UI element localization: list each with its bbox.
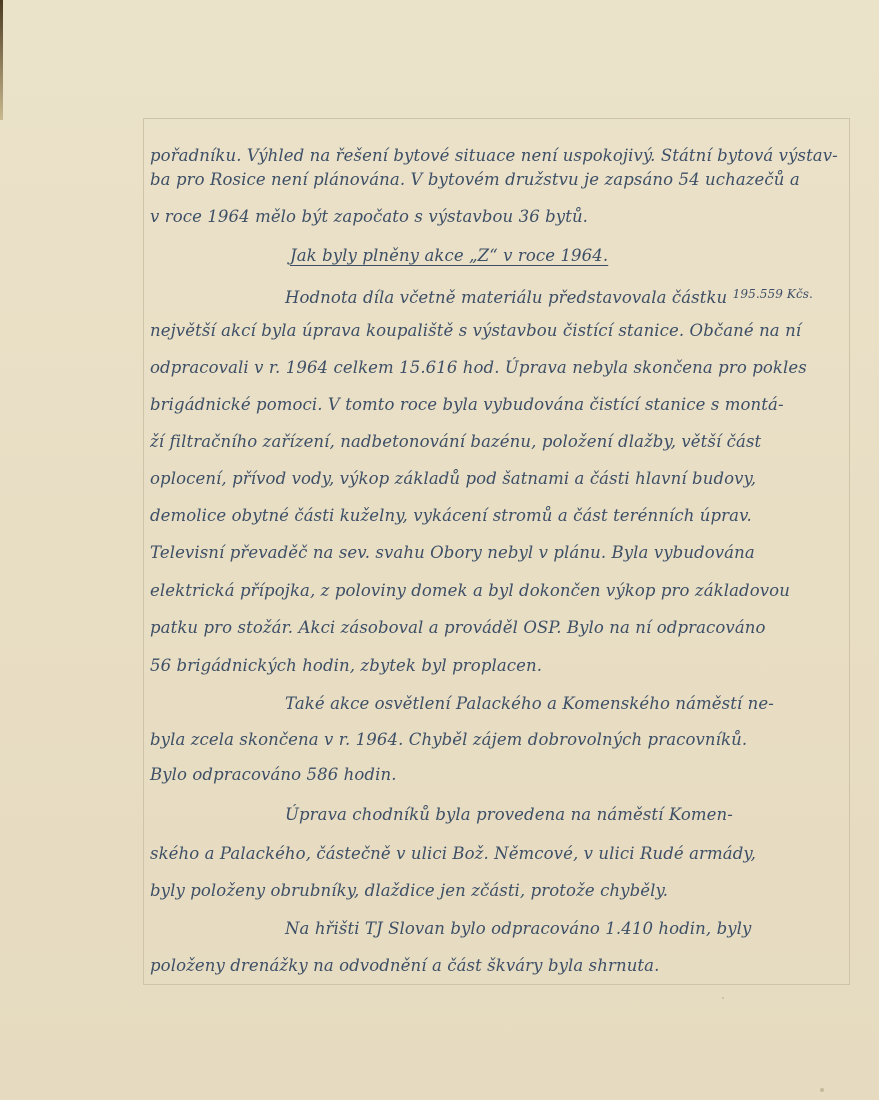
text-line: Hodnota díla včetně materiálu představov… bbox=[285, 283, 841, 309]
text-line: demolice obytné části kuželny, vykácení … bbox=[150, 505, 841, 527]
text-line: ba pro Rosice není plánována. V bytovém … bbox=[150, 169, 841, 191]
text-line: v roce 1964 mělo být započato s výstavbo… bbox=[150, 206, 841, 228]
amount-value: 195.559 Kčs. bbox=[733, 287, 813, 301]
text-line: Televisní převaděč na sev. svahu Obory n… bbox=[150, 542, 841, 564]
text-line: ského a Palackého, částečně v ulici Bož.… bbox=[150, 843, 841, 865]
text-line: největší akcí byla úprava koupaliště s v… bbox=[150, 320, 841, 342]
text-line: 56 brigádnických hodin, zbytek byl propl… bbox=[150, 655, 841, 677]
text-line: elektrická přípojka, z poloviny domek a … bbox=[150, 580, 841, 602]
document-page: pořadníku. Výhled na řešení bytové situa… bbox=[0, 0, 879, 1100]
text-line: ží filtračního zařízení, nadbetonování b… bbox=[150, 431, 841, 453]
text-line: odpracovali v r. 1964 celkem 15.616 hod.… bbox=[150, 357, 841, 379]
text-line: Na hřišti TJ Slovan bylo odpracováno 1.4… bbox=[285, 918, 841, 940]
text-line: oplocení, přívod vody, výkop základů pod… bbox=[150, 468, 841, 490]
text-span: Hodnota díla včetně materiálu představov… bbox=[285, 288, 727, 307]
binding-edge bbox=[0, 0, 3, 120]
paper-speck bbox=[820, 1088, 824, 1092]
text-line: patku pro stožár. Akci zásoboval a prová… bbox=[150, 617, 841, 639]
text-line: Úprava chodníků byla provedena na náměst… bbox=[285, 804, 841, 826]
text-line: byla zcela skončena v r. 1964. Chyběl zá… bbox=[150, 729, 841, 751]
paper-speck bbox=[722, 997, 724, 999]
text-line: položeny drenážky na odvodnění a část šk… bbox=[150, 955, 841, 977]
text-line: Bylo odpracováno 586 hodin. bbox=[150, 764, 841, 786]
text-line: Také akce osvětlení Palackého a Komenské… bbox=[285, 693, 841, 715]
text-line: byly položeny obrubníky, dlaždice jen zč… bbox=[150, 880, 841, 902]
text-line: brigádnické pomoci. V tomto roce byla vy… bbox=[150, 394, 841, 416]
section-heading: Jak byly plněny akce „Z“ v roce 1964. bbox=[290, 245, 841, 267]
text-line: pořadníku. Výhled na řešení bytové situa… bbox=[150, 145, 841, 167]
